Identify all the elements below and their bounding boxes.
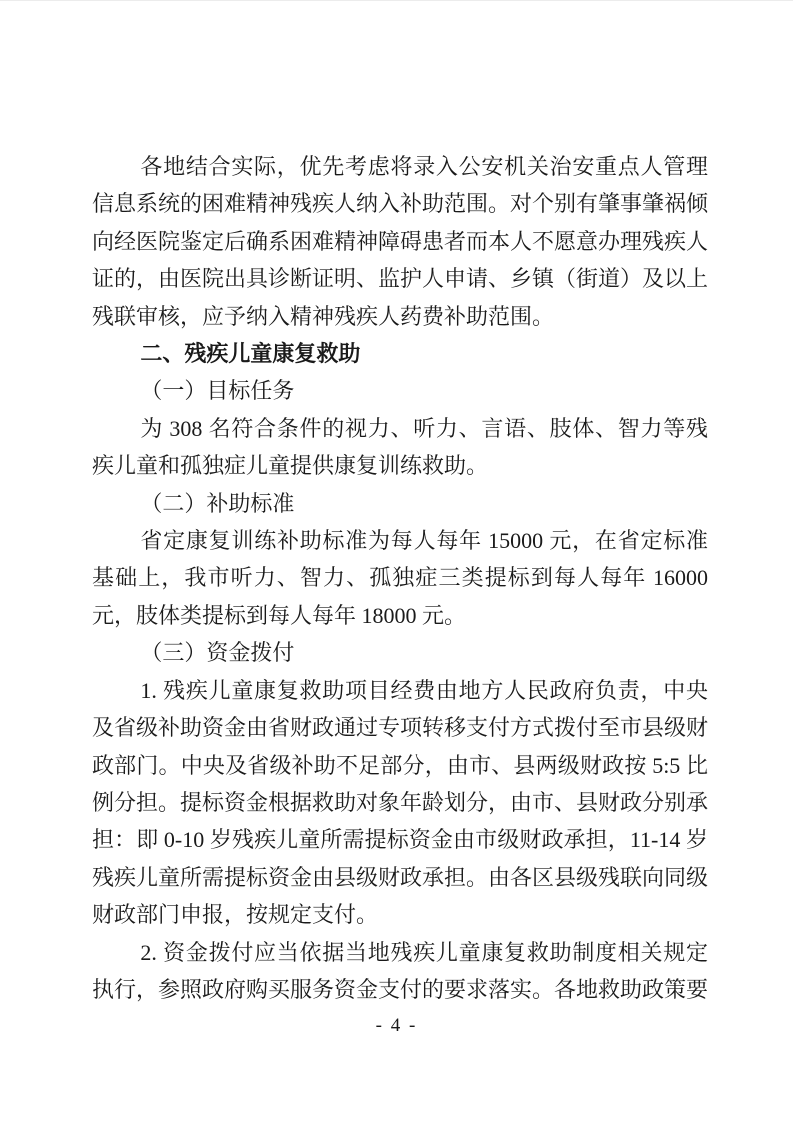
body-paragraph: 2. 资金拨付应当依据当地残疾儿童康复救助制度相关规定执行，参照政府购买服务资金…	[92, 934, 708, 1009]
document-page: 各地结合实际，优先考虑将录入公安机关治安重点人管理信息系统的困难精神残疾人纳入补…	[0, 0, 793, 1123]
body-paragraph: 1. 残疾儿童康复救助项目经费由地方人民政府负责，中央及省级补助资金由省财政通过…	[92, 672, 708, 934]
subsection-heading: （三）资金拨付	[92, 634, 708, 671]
body-paragraph: 各地结合实际，优先考虑将录入公安机关治安重点人管理信息系统的困难精神残疾人纳入补…	[92, 148, 708, 335]
section-heading: 二、残疾儿童康复救助	[92, 335, 708, 372]
page-footer: - 4 -	[0, 1013, 793, 1039]
document-body: 各地结合实际，优先考虑将录入公安机关治安重点人管理信息系统的困难精神残疾人纳入补…	[92, 148, 708, 1008]
subsection-heading: （一）目标任务	[92, 372, 708, 409]
body-paragraph: 为 308 名符合条件的视力、听力、言语、肢体、智力等残疾儿童和孤独症儿童提供康…	[92, 410, 708, 485]
subsection-heading: （二）补助标准	[92, 485, 708, 522]
page-number: - 4 -	[376, 1015, 418, 1036]
body-paragraph: 省定康复训练补助标准为每人每年 15000 元，在省定标准基础上，我市听力、智力…	[92, 522, 708, 634]
